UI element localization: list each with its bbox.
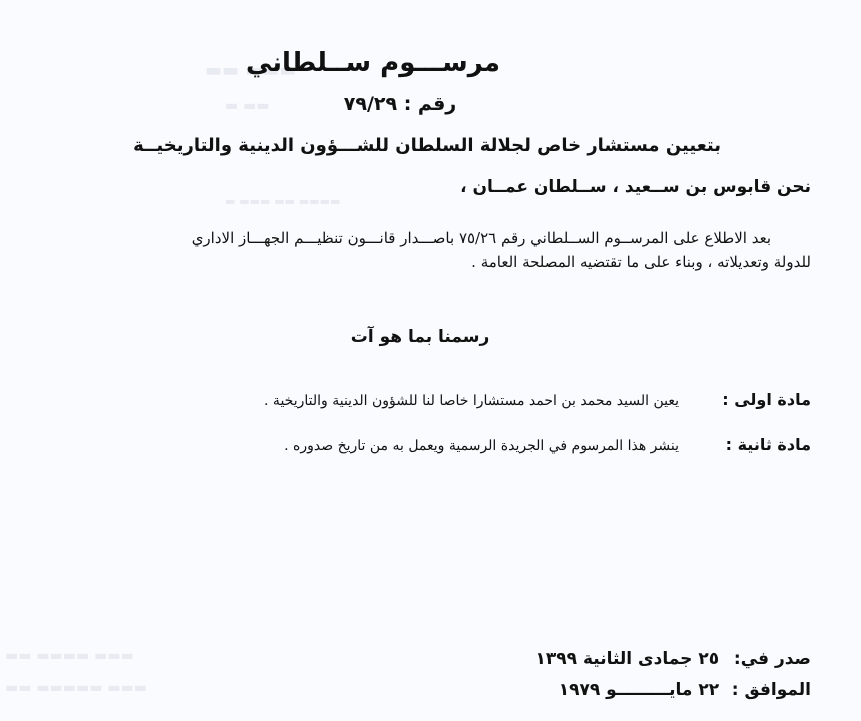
article-2: مادة ثانية : ينشر هذا المرسوم في الجريدة…	[284, 435, 811, 454]
decree-number-value: ٧٩/٢٩	[344, 93, 397, 115]
decree-subject: بتعيين مستشار خاص لجلالة السلطان للشـــؤ…	[121, 135, 721, 156]
issuer-statement: نحن قابوس بن ســعيد ، ســلطان عمــان ،	[460, 177, 811, 197]
preamble-line-1: بعد الاطلاع على المرســوم الســلطاني رقم…	[11, 226, 811, 250]
decree-heading: رسمنا بما هو آت	[330, 327, 510, 347]
decree-number-label: رقم :	[404, 93, 457, 115]
issued-hijri: صدر في: ٢٥ جمادى الثانية ١٣٩٩	[536, 649, 811, 669]
issued-gregorian-label: الموافق :	[725, 680, 811, 700]
issued-gregorian-date: ٢٢ مايـــــــــو ١٩٧٩	[559, 680, 719, 700]
bleed-through-text: ▬▬▬ ▬▬▬▬ ▬▬	[5, 648, 134, 664]
preamble: بعد الاطلاع على المرســوم الســلطاني رقم…	[11, 226, 811, 274]
bleed-through-text: ▬▬▬▬ ▬▬ ▬▬▬ ▬	[225, 195, 340, 208]
article-label: مادة ثانية :	[701, 435, 811, 454]
document-title: مرســـوم ســلطاني	[300, 48, 500, 78]
bleed-through-text: ▬▬▬ ▬▬▬▬▬ ▬▬	[5, 680, 147, 696]
issued-hijri-date: ٢٥ جمادى الثانية ١٣٩٩	[536, 649, 720, 669]
article-label: مادة اولى :	[701, 390, 811, 409]
decree-number: رقم : ٧٩/٢٩	[320, 93, 480, 115]
issued-gregorian: الموافق : ٢٢ مايـــــــــو ١٩٧٩	[559, 680, 811, 700]
issued-hijri-label: صدر في:	[725, 649, 811, 669]
document-page: ▬▬▬ ▬▬ ▬▬ ▬ ▬▬▬▬ ▬▬ ▬▬▬ ▬ ▬▬▬ ▬▬▬▬ ▬▬ ▬▬…	[0, 0, 861, 721]
article-text: يعين السيد محمد بن احمد مستشارا خاصا لنا…	[264, 393, 679, 409]
article-text: ينشر هذا المرسوم في الجريدة الرسمية ويعم…	[284, 438, 679, 454]
preamble-line-2: للدولة وتعديلاته ، وبناء على ما تقتضيه ا…	[11, 250, 811, 274]
bleed-through-text: ▬▬ ▬	[225, 98, 270, 114]
article-1: مادة اولى : يعين السيد محمد بن احمد مستش…	[264, 390, 811, 409]
